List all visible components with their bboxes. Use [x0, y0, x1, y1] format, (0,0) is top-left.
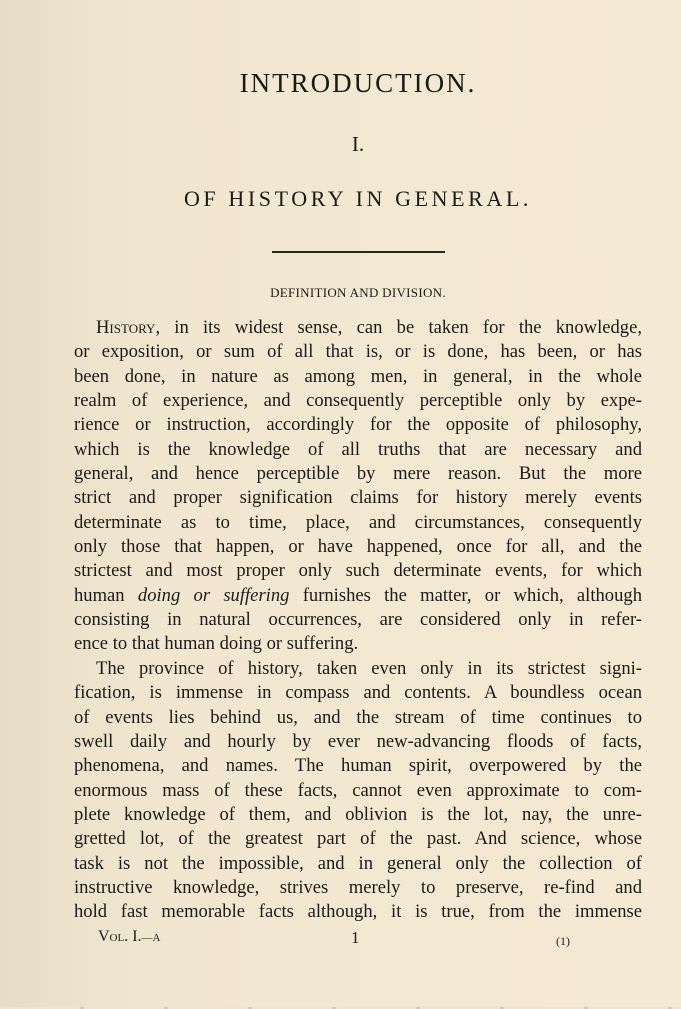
signature-mark: Vol. I.—A — [98, 928, 161, 946]
text-line: fication, is immense in compass and cont… — [74, 681, 642, 705]
text-line: ence to that human doing or suffering. — [74, 632, 642, 656]
text-line: task is not the impossible, and in gener… — [74, 852, 642, 876]
subsection-heading: DEFINITION AND DIVISION. — [0, 285, 681, 301]
text-line: only those that happen, or have happened… — [74, 535, 642, 559]
page-number: 1 — [351, 928, 360, 948]
text-line: hold fast memorable facts although, it i… — [74, 900, 642, 924]
text-line: The province of history, taken even only… — [74, 657, 642, 681]
lead-word: History — [96, 317, 155, 338]
text-line: instructive knowledge, strives merely to… — [74, 876, 642, 900]
text-line: determinate as to time, place, and circu… — [74, 511, 642, 535]
text-line: strict and proper signification claims f… — [74, 486, 642, 510]
divider-rule — [272, 251, 445, 253]
body-text: History, in its widest sense, can be tak… — [74, 316, 642, 925]
page-footer: Vol. I.—A 1 (1) — [0, 928, 681, 952]
section-numeral: I. — [0, 132, 681, 157]
text-line: human doing or suffering furnishes the m… — [74, 584, 642, 608]
text-line: of events lies behind us, and the stream… — [74, 706, 642, 730]
text-line: consisting in natural occurrences, are c… — [74, 608, 642, 632]
paragraph: History, in its widest sense, can be tak… — [74, 316, 642, 657]
text-line: realm of experience, and consequently pe… — [74, 389, 642, 413]
text-line: enormous mass of these facts, cannot eve… — [74, 779, 642, 803]
text-line: which is the knowledge of all truths tha… — [74, 438, 642, 462]
text-line: been done, in nature as among men, in ge… — [74, 365, 642, 389]
text-line: gretted lot, of the greatest part of the… — [74, 827, 642, 851]
text-line: plete knowledge of them, and oblivion is… — [74, 803, 642, 827]
book-page: INTRODUCTION. I. OF HISTORY IN GENERAL. … — [0, 0, 681, 1009]
text-line: general, and hence perceptible by mere r… — [74, 462, 642, 486]
original-page-number: (1) — [556, 934, 570, 949]
text-line: History, in its widest sense, can be tak… — [74, 316, 642, 340]
section-title: OF HISTORY IN GENERAL. — [0, 186, 681, 212]
page-title: INTRODUCTION. — [0, 68, 681, 99]
text-line: or exposition, or sum of all that is, or… — [74, 340, 642, 364]
italic-phrase: doing or suffering — [138, 585, 290, 606]
text-line: rience or instruction, accordingly for t… — [74, 413, 642, 437]
text-line: swell daily and hourly by ever new-advan… — [74, 730, 642, 754]
text-line: phenomena, and names. The human spirit, … — [74, 754, 642, 778]
text-line: strictest and most proper only such dete… — [74, 559, 642, 583]
paragraph: The province of history, taken even only… — [74, 657, 642, 925]
